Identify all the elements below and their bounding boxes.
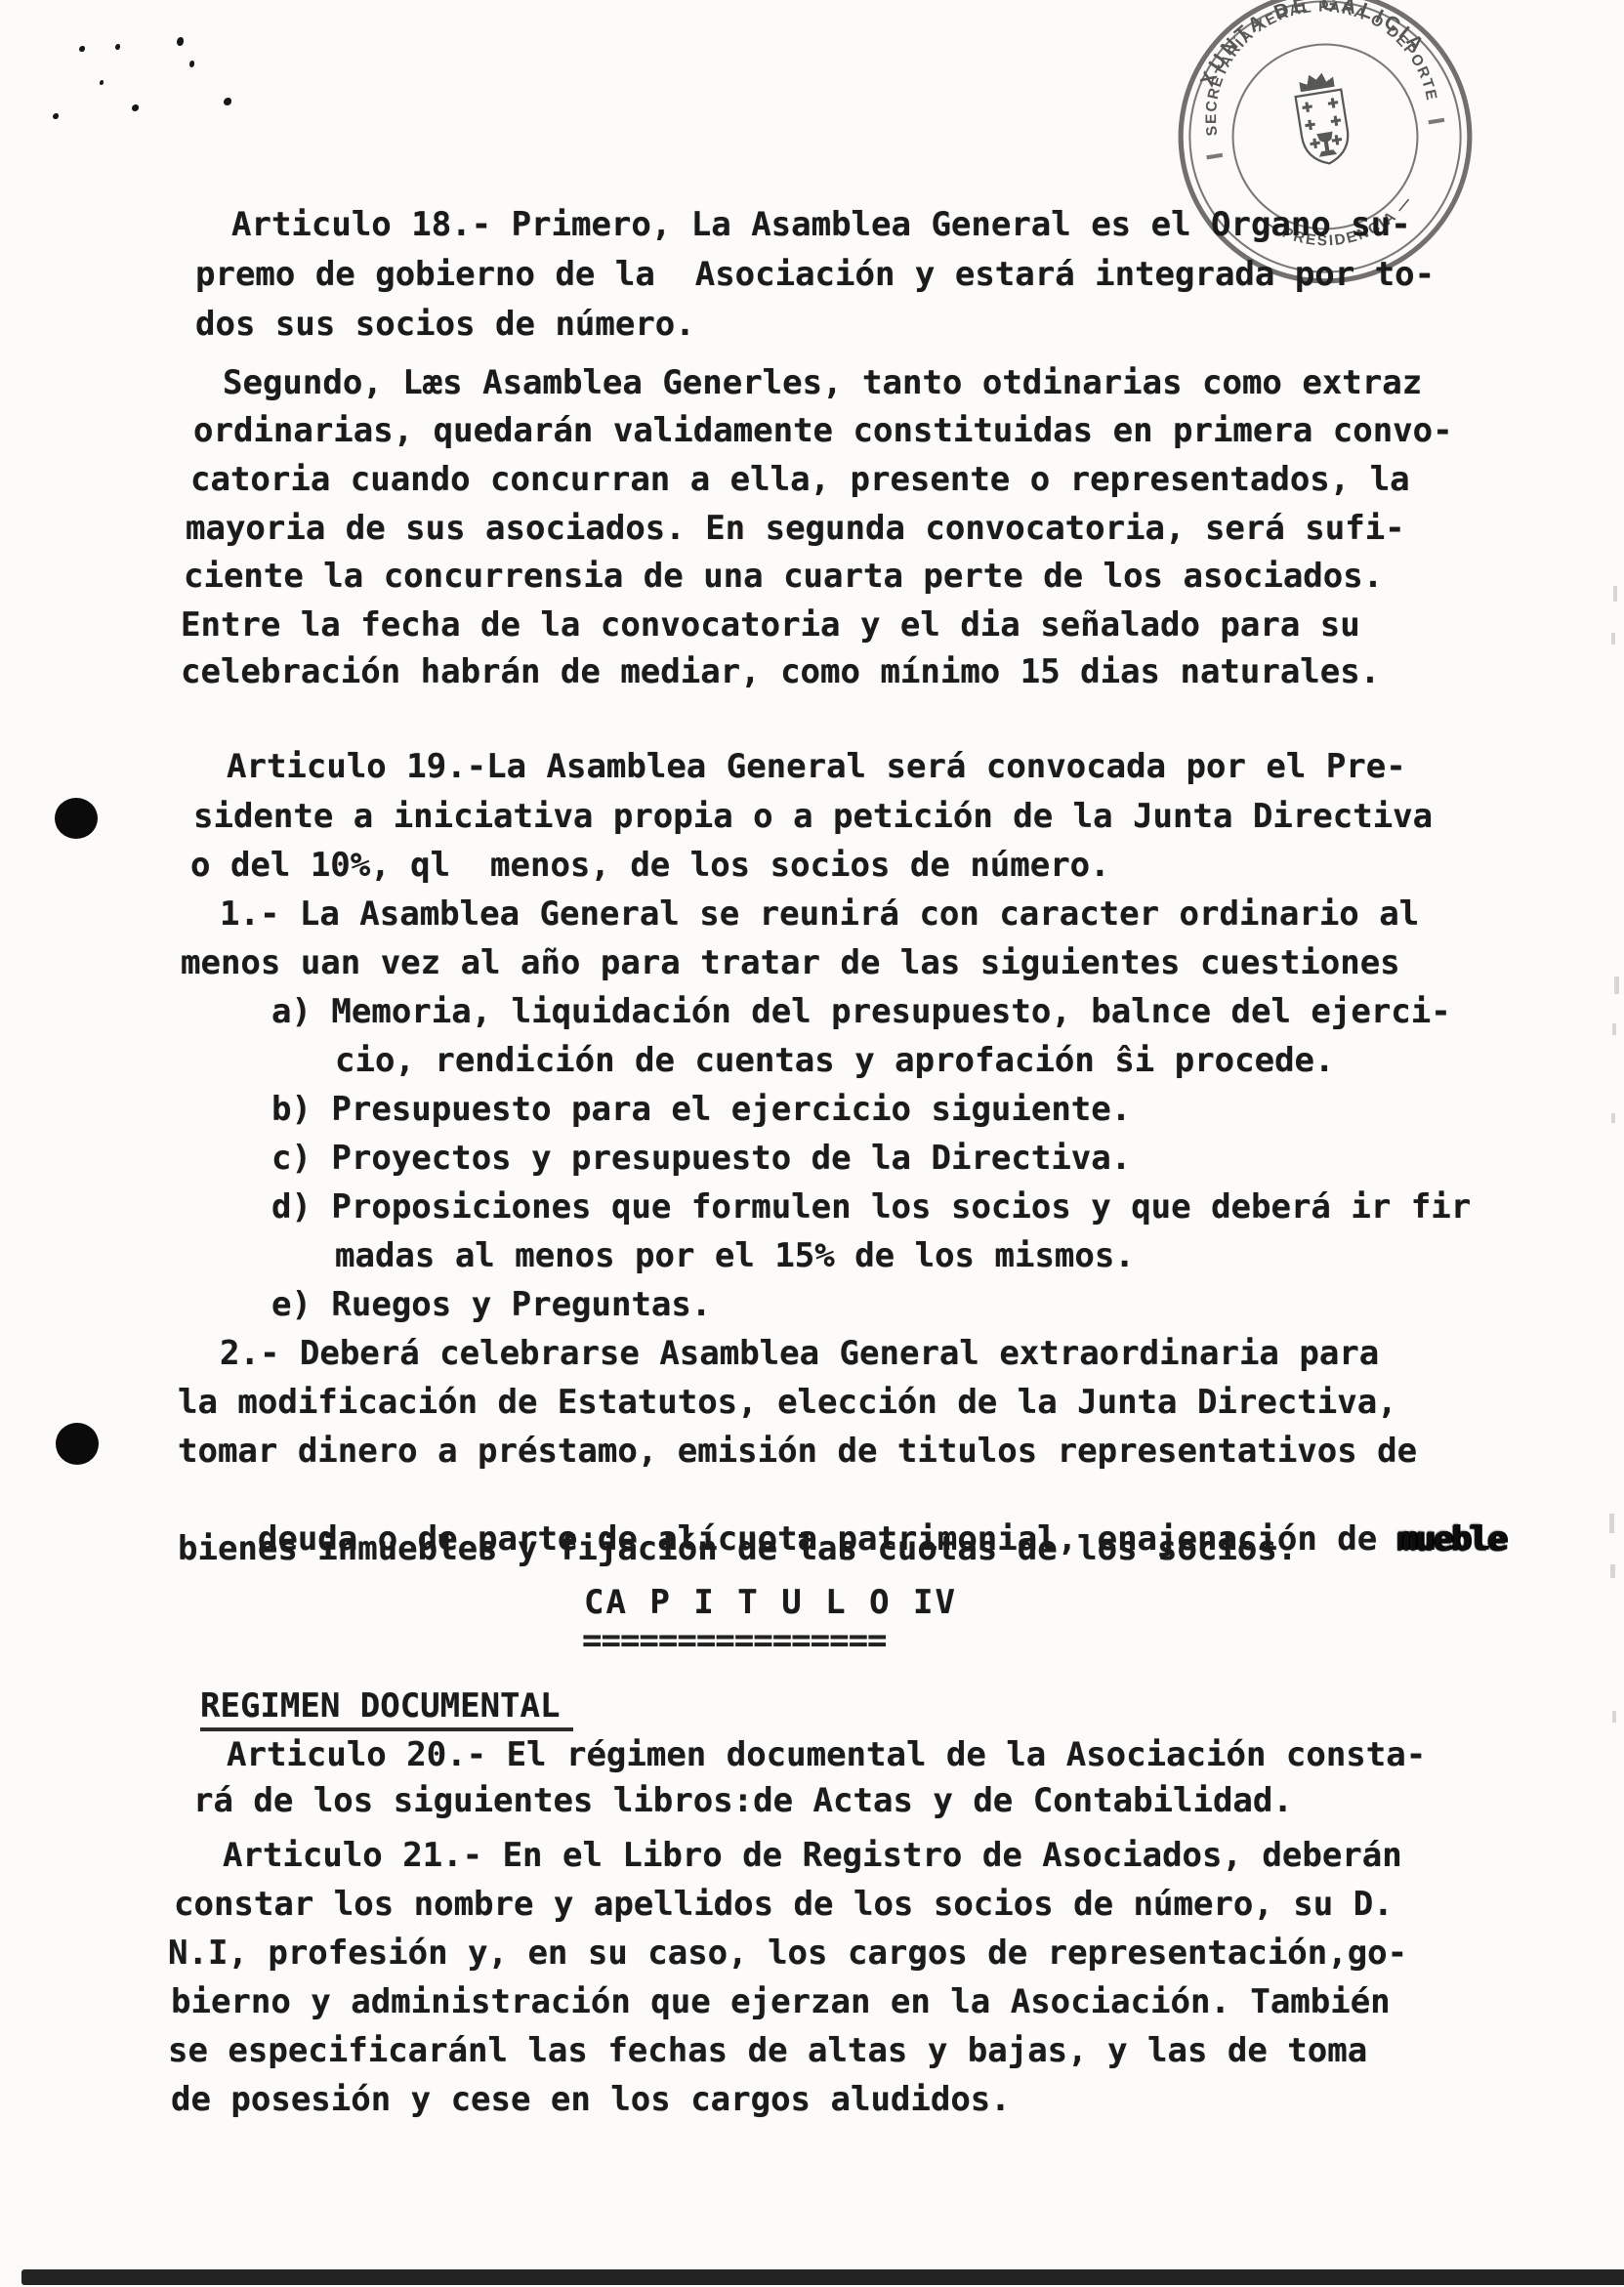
scan-artifact <box>1609 1514 1614 1533</box>
ink-speck <box>189 61 194 67</box>
list-item-line: c) Proyectos y presupuesto de la Directi… <box>271 1139 1131 1178</box>
text-line: la modificación de Estatutos, elección d… <box>178 1383 1397 1422</box>
ink-speck <box>132 104 139 111</box>
galicia-coat-of-arms-icon <box>1293 72 1353 167</box>
ink-speck <box>177 37 184 46</box>
text-line: dos sus socios de número. <box>195 305 695 344</box>
list-item-line: madas al menos por el 15% de los mismos. <box>335 1236 1135 1275</box>
text-line: catoria cuando concurran a ella, present… <box>190 460 1410 499</box>
text-line: Articulo 20.- El régimen documental de l… <box>227 1735 1426 1774</box>
scan-artifact <box>1610 1564 1615 1578</box>
text-line: celebración habrán de mediar, como mínim… <box>181 652 1380 691</box>
scan-artifact <box>1613 586 1617 602</box>
list-item-line: cio, rendición de cuentas y aprofación ŝ… <box>335 1041 1335 1080</box>
scan-artifact <box>1612 1711 1616 1723</box>
chapter-heading-underline: ================ <box>582 1621 887 1660</box>
section-heading: REGIMEN DOCUMENTAL <box>200 1686 573 1726</box>
text-line: 1.- La Asamblea General se reunirá con c… <box>220 894 1419 934</box>
ink-speck <box>224 98 231 105</box>
scan-artifact <box>1614 977 1619 994</box>
text-line: mayoria de sus asociados. En segunda con… <box>186 509 1405 548</box>
text-line: menos uan vez al año para tratar de las … <box>181 943 1400 982</box>
section-heading-text: REGIMEN DOCUMENTAL <box>200 1686 573 1731</box>
text-line: se especificaránl las fechas de altas y … <box>168 2031 1367 2070</box>
chapter-heading: CA P I T U L O IV <box>584 1583 957 1622</box>
text-line: ciente la concurrensia de una cuarta per… <box>184 557 1383 596</box>
text-line: Articulo 21.- En el Libro de Registro de… <box>223 1836 1402 1875</box>
text-line: Articulo 19.-La Asamblea General será co… <box>227 747 1406 786</box>
text-line: sidente a iniciativa propia o a petición… <box>193 797 1433 836</box>
text-line: 2.- Deberá celebrarse Asamblea General e… <box>220 1334 1379 1373</box>
struck-out-word: mueble <box>1397 1519 1506 1559</box>
text-line: ordinarias, quedarán validamente constit… <box>193 411 1453 450</box>
ink-speck <box>100 80 104 85</box>
scan-artifact <box>1611 633 1615 645</box>
crown-icon <box>1300 73 1333 91</box>
text-line: premo de gobierno de la Asociación y est… <box>195 255 1435 294</box>
hole-punch-mark <box>55 798 98 839</box>
text-line: tomar dinero a préstamo, emisión de titu… <box>178 1432 1417 1471</box>
list-item-line: a) Memoria, liquidación del presupuesto,… <box>271 992 1451 1031</box>
scan-artifact <box>1611 1113 1615 1123</box>
scan-edge-bar <box>21 2269 1624 2285</box>
list-item-line: e) Ruegos y Preguntas. <box>271 1285 711 1324</box>
list-item-line: b) Presupuesto para el ejercicio siguien… <box>271 1090 1131 1129</box>
text-line: Segundo, Læs Asamblea Generles, tanto ot… <box>223 363 1422 402</box>
ink-speck <box>115 44 120 50</box>
scan-artifact <box>1612 1023 1616 1035</box>
list-item-line: d) Proposiciones que formulen los socios… <box>271 1187 1471 1227</box>
text-line: Articulo 18.- Primero, La Asamblea Gener… <box>231 205 1411 244</box>
ink-speck <box>53 113 59 119</box>
text-line: constar los nombre y apellidos de los so… <box>174 1885 1394 1924</box>
text-line: N.I, profesión y, en su caso, los cargos… <box>168 1934 1407 1973</box>
hole-punch-mark <box>56 1423 99 1465</box>
ink-speck <box>79 46 85 52</box>
document-page: XUNTA DE GALICIA SECRETARÍA XERAL PARA O… <box>0 0 1624 2287</box>
text-line: rá de los siguientes libros:de Actas y d… <box>193 1781 1293 1820</box>
text-line: bienes inmuebles y fijación de las cuota… <box>178 1529 1297 1568</box>
text-line: de posesión y cese en los cargos aludido… <box>171 2080 1011 2119</box>
text-line: o del 10%, ql menos, de los socios de nú… <box>190 846 1110 885</box>
text-line: bierno y administración que ejerzan en l… <box>171 1982 1391 2021</box>
text-line: Entre la fecha de la convocatoria y el d… <box>181 605 1360 645</box>
